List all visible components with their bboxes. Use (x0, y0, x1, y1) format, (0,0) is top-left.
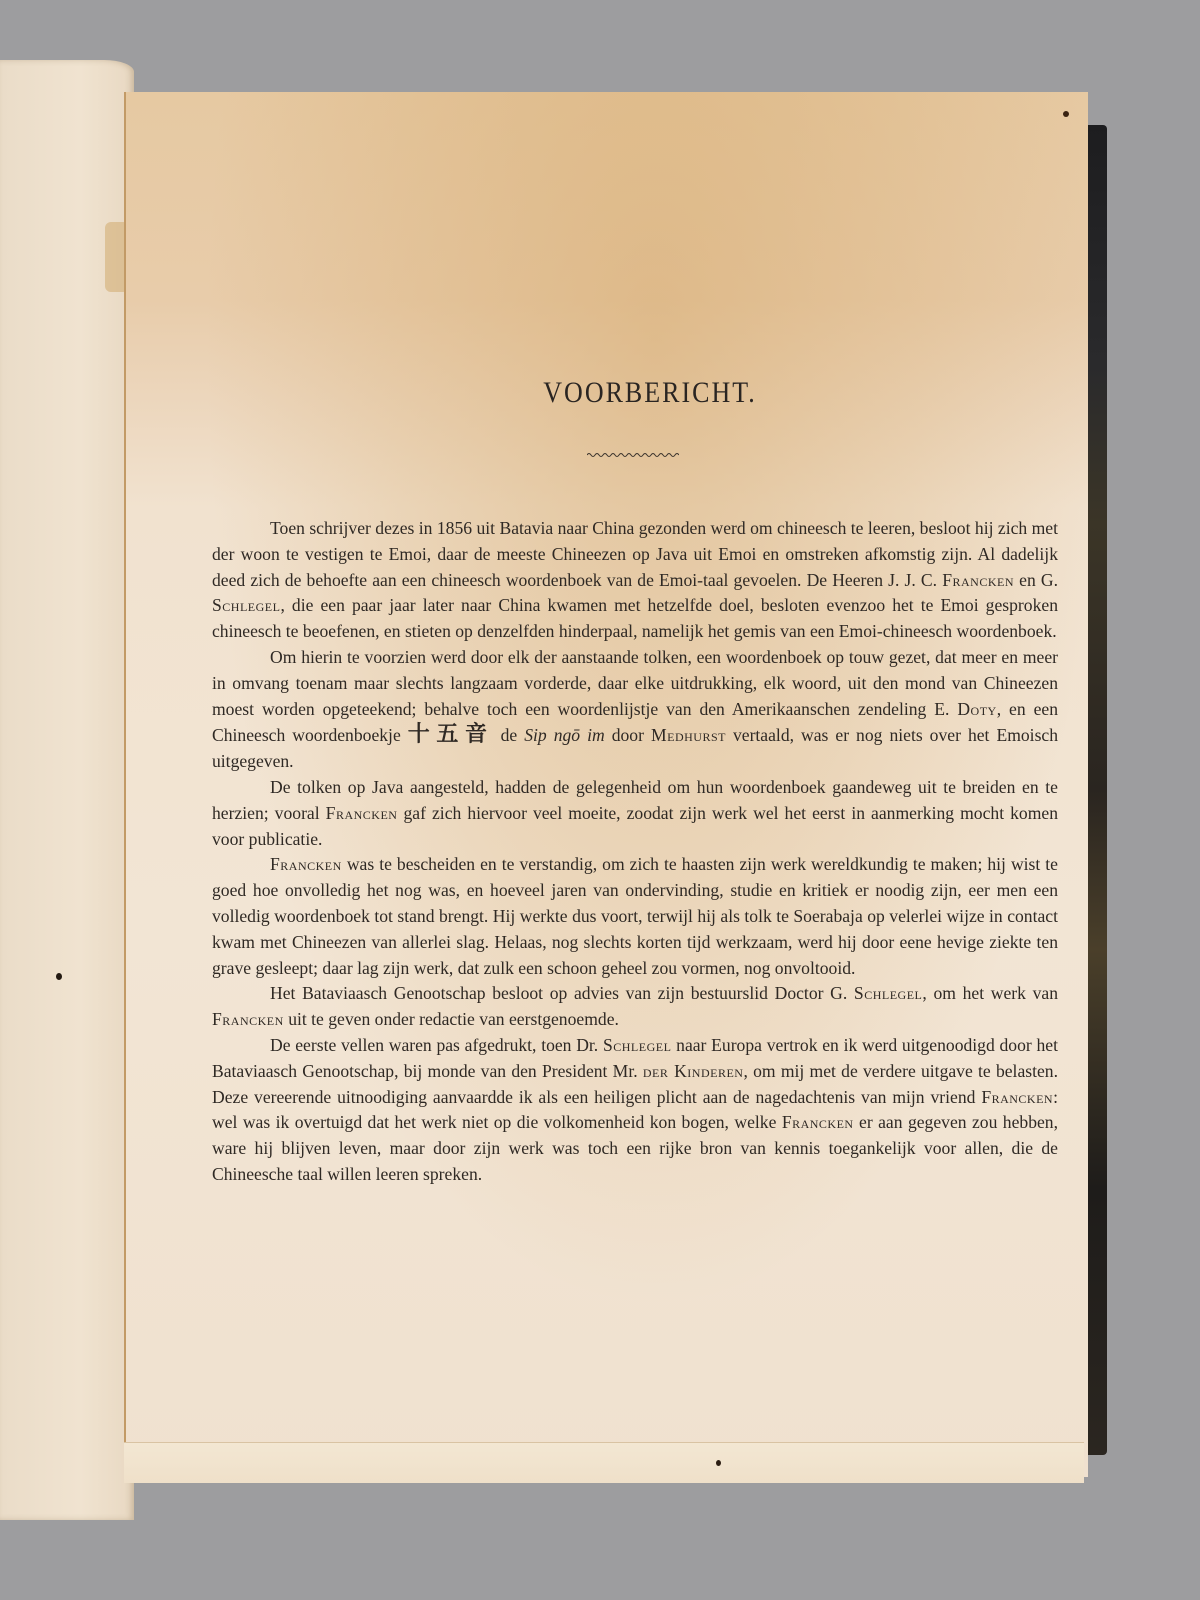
paragraph: Francken was te bescheiden en te verstan… (212, 852, 1058, 981)
text-run: Toen schrijver dezes in 1856 uit Batavia… (212, 518, 1058, 590)
text-run: , die een paar jaar later naar China kwa… (212, 595, 1058, 641)
ink-spot (56, 973, 62, 980)
name-schlegel: Schlegel (854, 983, 922, 1003)
paragraph: De eerste vellen waren pas afgedrukt, to… (212, 1033, 1058, 1188)
chinese-characters: 十五音 (408, 722, 494, 747)
name-der-kinderen: der Kinderen (643, 1061, 744, 1081)
paragraph: Toen schrijver dezes in 1856 uit Batavia… (212, 516, 1058, 645)
name-francken: Francken (782, 1112, 854, 1132)
name-francken: Francken (942, 570, 1014, 590)
text-run: De eerste vellen waren pas afgedrukt, to… (270, 1035, 603, 1055)
text-run: Om hierin te voorzien werd door elk der … (212, 647, 1058, 719)
text-run: , om het werk van (922, 983, 1058, 1003)
paragraph: De tolken op Java aangesteld, hadden de … (212, 775, 1058, 852)
name-francken: Francken (326, 803, 398, 823)
page-bottom-edge (124, 1442, 1084, 1483)
romanized-title: Sip ngō im (524, 725, 604, 745)
name-medhurst: Medhurst (651, 725, 726, 745)
text-run: Het Bataviaasch Genootschap besloot op a… (270, 983, 854, 1003)
text-run: uit te geven onder redactie van eerstgen… (284, 1009, 619, 1029)
ink-spot (716, 1460, 721, 1466)
preface-body: Toen schrijver dezes in 1856 uit Batavia… (212, 516, 1058, 1188)
ink-spot (1063, 111, 1069, 117)
text-run: en G. (1014, 570, 1058, 590)
wavy-rule-ornament (587, 451, 679, 459)
book-cover-edge-right (1085, 125, 1107, 1455)
name-schlegel: Schlegel (603, 1035, 671, 1055)
text-run: door (605, 725, 651, 745)
paragraph: Het Bataviaasch Genootschap besloot op a… (212, 981, 1058, 1033)
paragraph: Om hierin te voorzien werd door elk der … (212, 645, 1058, 775)
name-francken: Francken (981, 1087, 1053, 1107)
name-francken: Francken (212, 1009, 284, 1029)
page-title: VOORBERICHT. (0, 376, 1200, 411)
name-schlegel: Schlegel (212, 595, 280, 615)
text-run: de (494, 725, 525, 745)
name-doty: Doty (957, 699, 996, 719)
name-francken: Francken (270, 854, 342, 874)
